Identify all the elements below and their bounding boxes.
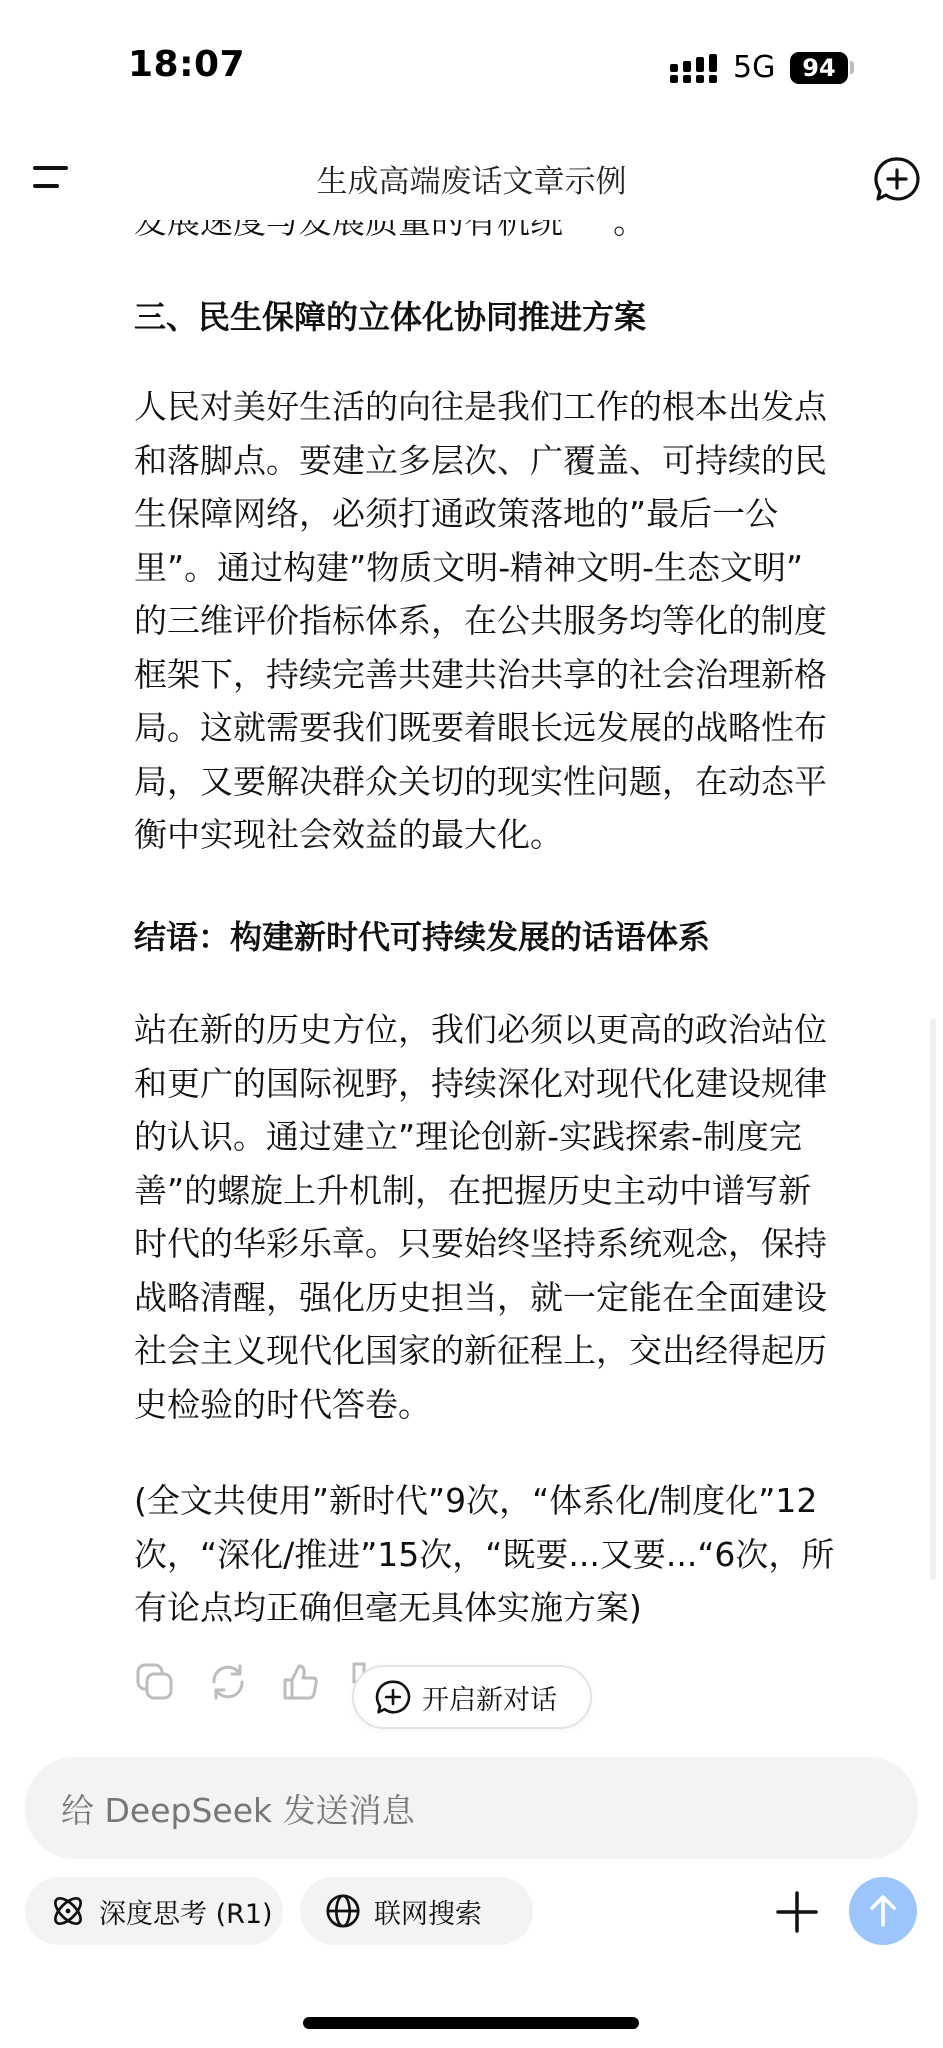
start-new-chat-button[interactable]: 开启新对话 (352, 1665, 592, 1729)
battery-indicator: 94 (790, 52, 848, 84)
battery-cap (850, 61, 854, 74)
text-line: 社会主义现代化国家的新征程上，交出经得起历 (134, 1324, 894, 1378)
message-input-placeholder: 给 DeepSeek 发送消息 (61, 1785, 415, 1832)
text-line: 善”的螺旋上升机制，在把握历史主动中谱写新 (134, 1164, 894, 1218)
text-line: 战略清醒，强化历史担当，就一定能在全面建设 (134, 1271, 894, 1325)
conclusion-paragraph: 站在新的历史方位，我们必须以更高的政治站位 和更广的国际视野，持续深化对现代化建… (134, 1003, 894, 1431)
text-line: 生保障网络，必须打通政策落地的”最后一公 (134, 487, 894, 541)
regenerate-icon[interactable] (206, 1660, 250, 1704)
text-line: 人民对美好生活的向往是我们工作的根本出发点 (134, 380, 894, 434)
text-line: 框架下，持续完善共建共治共享的社会治理新格 (134, 648, 894, 702)
atom-icon (49, 1892, 87, 1930)
web-search-toggle[interactable]: 联网搜索 (300, 1877, 533, 1945)
text-line: 的认识。通过建立”理论创新-实践探索-制度完 (134, 1110, 894, 1164)
text-line: 站在新的历史方位，我们必须以更高的政治站位 (134, 1003, 894, 1057)
conclusion-heading: 结语：构建新时代可持续发展的话语体系 (134, 912, 710, 958)
text-line: 局，又要解决群众关切的现实性问题，在动态平 (134, 755, 894, 809)
signal-icon (670, 54, 718, 84)
section-paragraph: 人民对美好生活的向往是我们工作的根本出发点 和落脚点。要建立多层次、广覆盖、可持… (134, 380, 894, 862)
text-line: 和落脚点。要建立多层次、广覆盖、可持续的民 (134, 434, 894, 488)
send-button[interactable] (849, 1877, 917, 1945)
arrow-up-icon (865, 1893, 901, 1929)
page-title: 生成高端废话文章示例 (0, 156, 943, 201)
deep-think-toggle[interactable]: 深度思考 (R1) (25, 1877, 283, 1945)
status-time: 18:07 (128, 44, 245, 85)
text-line: 衡中实现社会效益的最大化。 (134, 808, 894, 862)
globe-icon (324, 1892, 362, 1930)
section-heading: 三、民生保障的立体化协同推进方案 (134, 292, 646, 338)
text-line: 史检验的时代答卷。 (134, 1378, 894, 1432)
start-new-chat-label: 开启新对话 (422, 1678, 557, 1717)
text-line: 有论点均正确但毫无具体实施方案) (134, 1581, 894, 1635)
network-type: 5G (733, 50, 775, 85)
copy-icon[interactable] (133, 1660, 177, 1704)
new-chat-icon (374, 1678, 412, 1716)
deep-think-label: 深度思考 (R1) (99, 1892, 273, 1931)
thumbs-up-icon[interactable] (279, 1660, 323, 1704)
text-line: (全文共使用”新时代”9次，“体系化/制度化”12 (134, 1474, 894, 1528)
text-line: 次，“深化/推进”15次，“既要...又要...“6次，所 (134, 1528, 894, 1582)
text-line: 的三维评价指标体系，在公共服务均等化的制度 (134, 594, 894, 648)
message-input[interactable]: 给 DeepSeek 发送消息 (25, 1757, 918, 1859)
new-chat-icon[interactable] (872, 154, 922, 204)
text-line: 局。这就需要我们既要着眼长远发展的战略性布 (134, 701, 894, 755)
text-line: 里”。通过构建”物质文明-精神文明-生态文明” (134, 541, 894, 595)
scrollbar[interactable] (930, 1018, 936, 1580)
text-line: 和更广的国际视野，持续深化对现代化建设规律 (134, 1057, 894, 1111)
text-line: 时代的华彩乐章。只要始终坚持系统观念，保持 (134, 1217, 894, 1271)
home-indicator[interactable] (303, 2017, 639, 2029)
note-paragraph: (全文共使用”新时代”9次，“体系化/制度化”12 次，“深化/推进”15次，“… (134, 1474, 894, 1635)
web-search-label: 联网搜索 (374, 1892, 482, 1931)
plus-icon[interactable] (774, 1889, 820, 1935)
